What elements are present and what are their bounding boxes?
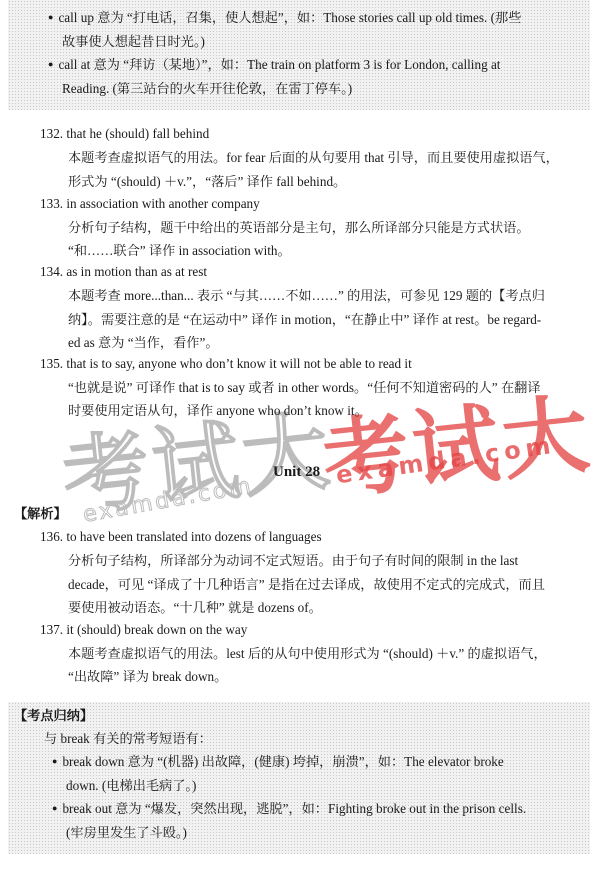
item-136-answer: 136. to have been translated into dozens… bbox=[40, 527, 322, 547]
bullet-call-at: call at 意为 “拜访（某地）”，如：The train on platf… bbox=[48, 55, 500, 76]
bullet-call-up: call up 意为 “打电话，召集，使人想起”，如：Those stories… bbox=[48, 8, 521, 29]
item-135-explanation-2: 时要使用定语从句，译作 anyone who don’t know it。 bbox=[68, 401, 368, 421]
bullet-break-down: break down 意为 “(机器) 出故障，(健康) 垮掉，崩溃”，如：Th… bbox=[52, 752, 504, 773]
item-136-explanation-3: 要使用被动语态。“十几种” 就是 dozens of。 bbox=[68, 598, 322, 618]
bullet-call-up-cont: 故事使人想起昔日时光。) bbox=[62, 32, 205, 52]
unit-title: Unit 28 bbox=[273, 462, 320, 482]
item-135-answer: 135. that is to say, anyone who don’t kn… bbox=[40, 354, 412, 374]
item-133-explanation-2: “和……联合” 译作 in association with。 bbox=[68, 241, 291, 261]
item-137-explanation-2: “出故障” 译为 break down。 bbox=[68, 667, 227, 687]
bullet-break-out: break out 意为 “爆发，突然出现，逃脱”，如：Fighting bro… bbox=[52, 799, 526, 820]
bullet-break-out-cont: (牢房里发生了斗殴。) bbox=[66, 823, 187, 843]
item-133-explanation-1: 分析句子结构，题干中给出的英语部分是主句，那么所译部分只能是方式状语。 bbox=[68, 218, 530, 238]
item-133-answer: 133. in association with another company bbox=[40, 194, 260, 214]
item-134-answer: 134. as in motion than as at rest bbox=[40, 262, 207, 282]
key-points-intro: 与 break 有关的常考短语有： bbox=[44, 729, 212, 749]
item-132-explanation-1: 本题考查虚拟语气的用法。for fear 后面的从句要用 that 引导，而且要… bbox=[68, 148, 559, 168]
key-points-heading: 【考点归纳】 bbox=[14, 706, 93, 726]
item-132-answer: 132. that he (should) fall behind bbox=[40, 124, 209, 144]
bullet-call-at-cont: Reading. (第三站台的火车开往伦敦，在雷丁停车。) bbox=[62, 79, 352, 99]
item-134-explanation-2: 纳】。需要注意的是 “在运动中” 译作 in motion，“在静止中” 译作 … bbox=[68, 310, 541, 330]
item-137-explanation-1: 本题考查虚拟语气的用法。lest 后的从句中使用形式为 “(should) ＋v… bbox=[68, 644, 547, 664]
item-134-explanation-3: ed as 意为 “当作，看作”。 bbox=[68, 333, 219, 353]
item-136-explanation-2: decade，可见 “译成了十几种语言” 是指在过去译成，故使用不定式的完成式，… bbox=[68, 575, 545, 595]
item-134-explanation-1: 本题考查 more...than... 表示 “与其……不如……” 的用法，可参… bbox=[68, 286, 545, 306]
item-137-answer: 137. it (should) break down on the way bbox=[40, 620, 247, 640]
bullet-break-down-cont: down. (电梯出毛病了。) bbox=[66, 776, 196, 796]
item-135-explanation-1: “也就是说” 可译作 that is to say 或者 in other wo… bbox=[68, 378, 541, 398]
analysis-heading: 【解析】 bbox=[14, 504, 67, 524]
item-136-explanation-1: 分析句子结构，所译部分为动词不定式短语。由于句子有时间的限制 in the la… bbox=[68, 551, 518, 571]
item-132-explanation-2: 形式为 “(should) ＋v.”，“落后” 译作 fall behind。 bbox=[68, 172, 346, 192]
